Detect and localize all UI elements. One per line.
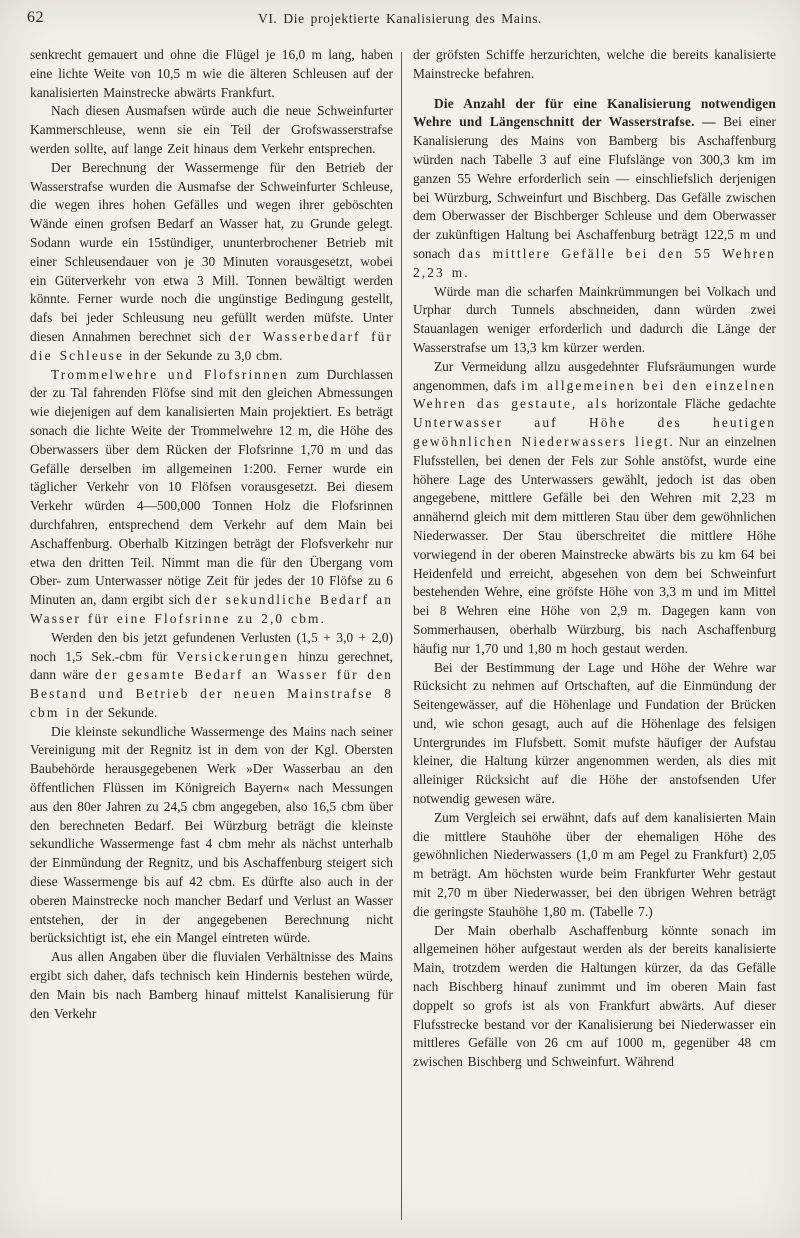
paragraph: Trommelwehre und Flofsrinnen zum Durchla… (30, 366, 393, 629)
book-page: 62 VI. Die projektierte Kanalisierung de… (0, 0, 800, 1238)
body-text: horizontale Fläche gedachte (609, 396, 776, 411)
body-text: Der Berechnung der Wassermenge für den B… (30, 160, 393, 344)
body-text: zum Durchlassen der zu Tal fahrenden Flö… (30, 367, 393, 608)
body-text: der Sekunde. (81, 705, 157, 720)
column-right: der gröfsten Schiffe herzurichten, welch… (413, 46, 776, 1072)
paragraph: senkrecht gemauert und ohne die Flügel j… (30, 46, 393, 102)
body-text: Der Main oberhalb Aschaffenburg könnte s… (413, 923, 776, 1070)
paragraph: Werden den bis jetzt gefundenen Verluste… (30, 629, 393, 723)
paragraph: Die kleinste sekundliche Wassermenge des… (30, 723, 393, 949)
paragraph: Aus allen Angaben über die fluvialen Ver… (30, 948, 393, 1023)
body-text: senkrecht gemauert und ohne die Flügel j… (30, 47, 393, 100)
paragraph: der gröfsten Schiffe herzurichten, welch… (413, 46, 776, 84)
body-text: in der Sekunde zu 3,0 cbm. (124, 348, 283, 363)
paragraph: Würde man die scharfen Mainkrümmungen be… (413, 283, 776, 358)
paragraph: Nach diesen Ausmafsen würde auch die neu… (30, 102, 393, 158)
running-header-title: VI. Die projektierte Kanalisierung des M… (0, 11, 800, 27)
body-text: . Nur an einzelnen Flufsstellen, bei den… (413, 434, 776, 656)
body-text: Bei einer Kanalisierung des Mains von Ba… (413, 114, 776, 261)
paragraph: Der Main oberhalb Aschaffenburg könnte s… (413, 922, 776, 1072)
paragraph: Zur Vermeidung allzu ausgedehnter Flufsr… (413, 358, 776, 659)
emphasized-text: Versickerungen (177, 649, 290, 664)
paragraph: Bei der Bestimmung der Lage und Höhe der… (413, 659, 776, 809)
body-text: Würde man die scharfen Mainkrümmungen be… (413, 284, 776, 355)
body-text: Aus allen Angaben über die fluvialen Ver… (30, 949, 393, 1020)
paragraph: Zum Vergleich sei erwähnt, dafs auf dem … (413, 809, 776, 922)
body-text: . (321, 611, 324, 626)
body-text: Bei der Bestimmung der Lage und Höhe der… (413, 660, 776, 807)
body-text: Die kleinste sekundliche Wassermenge des… (30, 724, 393, 946)
column-left: senkrecht gemauert und ohne die Flügel j… (30, 46, 393, 1023)
running-head: 62 VI. Die projektierte Kanalisierung de… (0, 8, 800, 32)
body-text: Zum Vergleich sei erwähnt, dafs auf dem … (413, 810, 776, 919)
body-text: Nach diesen Ausmafsen würde auch die neu… (30, 103, 393, 156)
body-text: der gröfsten Schiffe herzurichten, welch… (413, 47, 776, 81)
column-divider-rule (401, 52, 402, 1220)
body-text: . (464, 265, 467, 280)
emphasized-text: Trommelwehre und Flofsrinnen (51, 367, 289, 382)
paragraph: Die Anzahl der für eine Kanalisierung no… (413, 95, 776, 283)
paragraph: Der Berechnung der Wassermenge für den B… (30, 159, 393, 366)
